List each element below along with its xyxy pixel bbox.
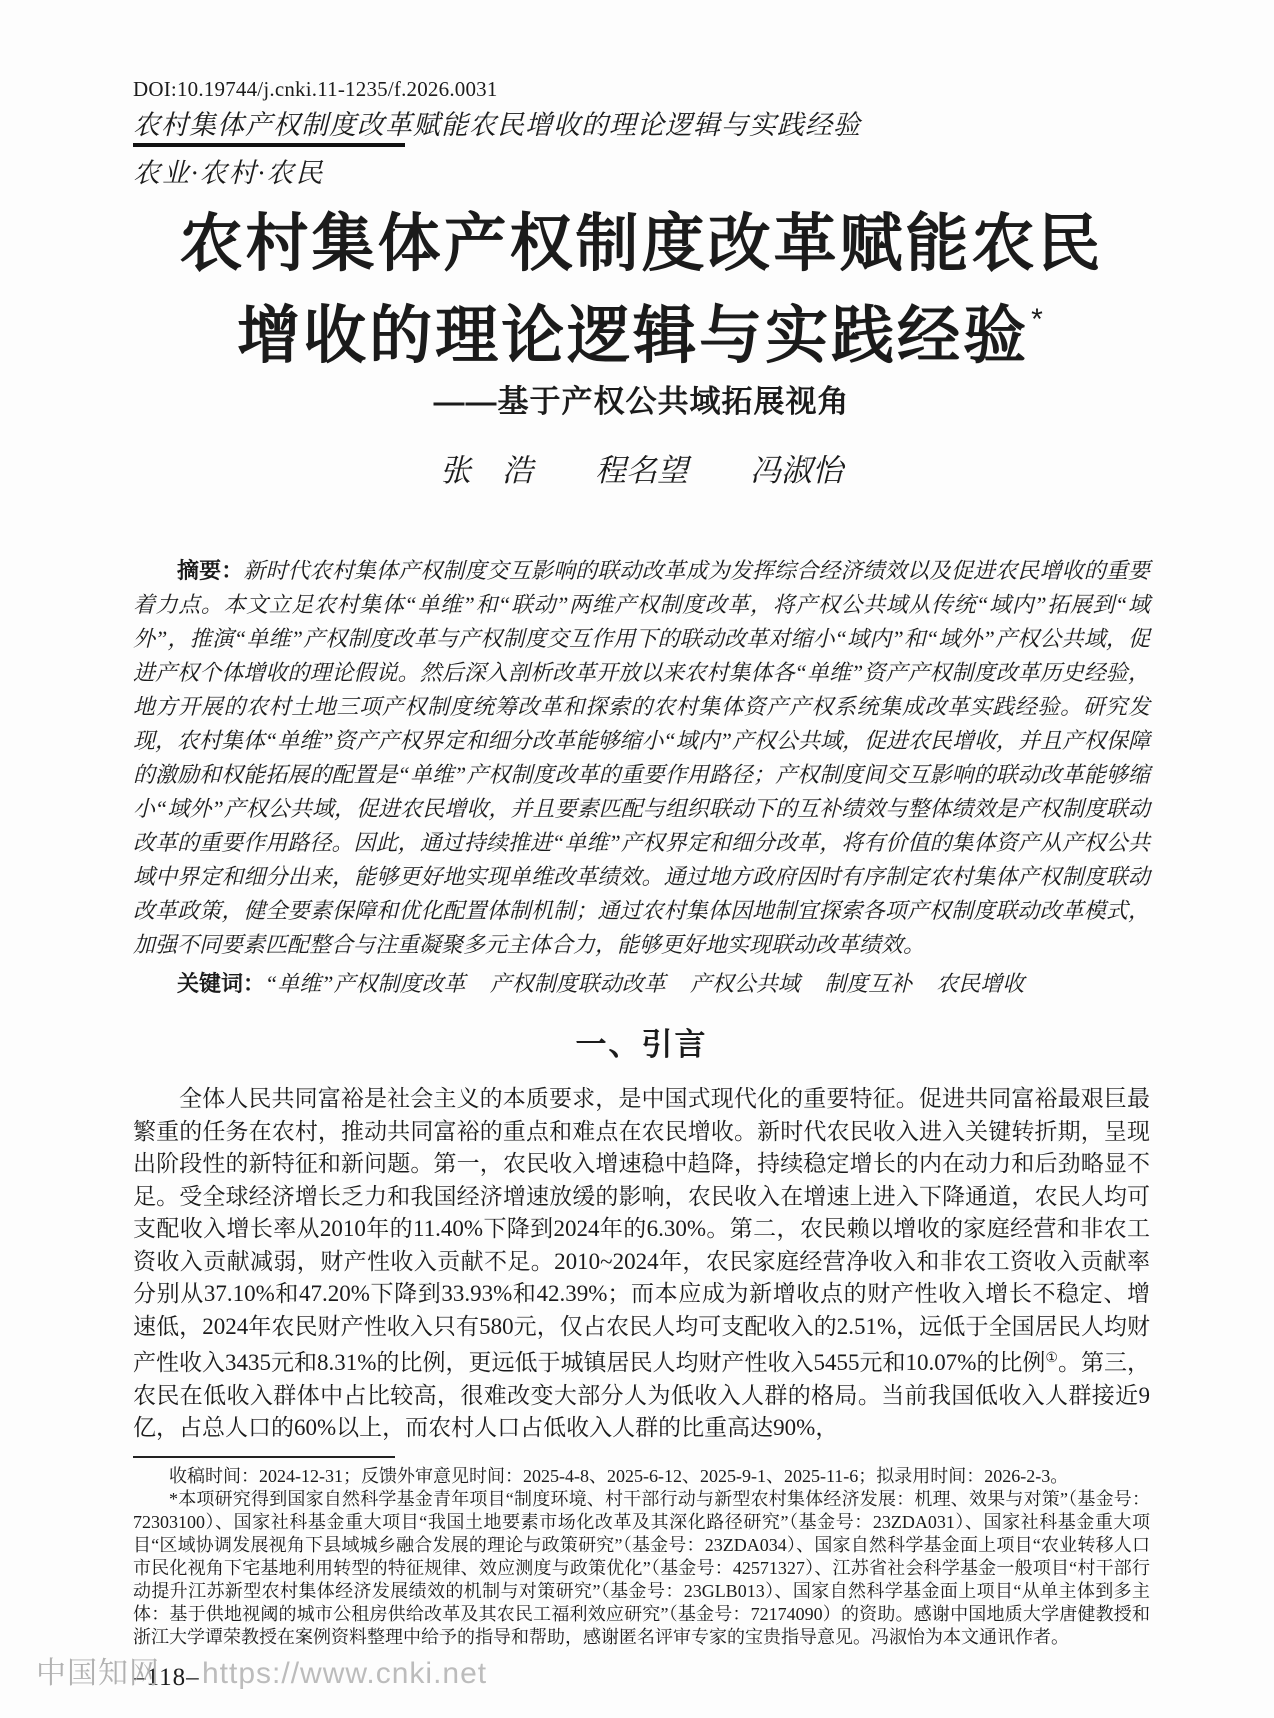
page-content: DOI:10.19744/j.cnki.11-1235/f.2026.0031 … xyxy=(133,76,1150,1692)
keyword-item: 产权制度联动改革 xyxy=(490,971,666,996)
body-paragraph: 全体人民共同富裕是社会主义的本质要求，是中国式现代化的重要特征。促进共同富裕最艰… xyxy=(133,1083,1150,1445)
footnote-dates: 收稿时间：2024-12-31；反馈外审意见时间：2025-4-8、2025-6… xyxy=(133,1465,1150,1488)
authors: 张 浩 程名望 冯淑怡 xyxy=(133,452,1150,490)
footnote-divider xyxy=(133,1456,395,1458)
abstract: 摘要：新时代农村集体产权制度交互影响的联动改革成为发挥综合经济绩效以及促进农民增… xyxy=(133,554,1150,962)
article-subtitle: ——基于产权公共域拓展视角 xyxy=(133,383,1150,421)
footnote-reference-1: ① xyxy=(1045,1351,1058,1366)
abstract-label: 摘要： xyxy=(177,558,243,583)
article-title-line1: 农村集体产权制度改革赋能农民 xyxy=(180,209,1104,279)
body-paragraph-text: 全体人民共同富裕是社会主义的本质要求，是中国式现代化的重要特征。促进共同富裕最艰… xyxy=(133,1086,1150,1375)
column-label: 农业·农村·农民 xyxy=(133,156,1150,190)
keyword-item: “单维”产权制度改革 xyxy=(265,971,465,996)
running-head-underline xyxy=(133,143,405,147)
running-head: 农村集体产权制度改革赋能农民增收的理论逻辑与实践经验 xyxy=(133,108,1150,142)
abstract-text: 新时代农村集体产权制度交互影响的联动改革成为发挥综合经济绩效以及促进农民增收的重… xyxy=(133,558,1150,957)
doi: DOI:10.19744/j.cnki.11-1235/f.2026.0031 xyxy=(133,76,1150,103)
cnki-site-url: https://www.cnki.net xyxy=(202,1657,487,1690)
title-footnote-asterisk: * xyxy=(1031,303,1046,336)
cnki-watermark: 中国知网https://www.cnki.net xyxy=(36,1648,487,1692)
keyword-item: 农民增收 xyxy=(936,971,1024,996)
keywords: 关键词：“单维”产权制度改革产权制度联动改革产权公共域制度互补农民增收 xyxy=(133,967,1150,1001)
paper-page: DOI:10.19744/j.cnki.11-1235/f.2026.0031 … xyxy=(0,0,1274,1718)
article-title: 农村集体产权制度改革赋能农民增收的理论逻辑与实践经验* xyxy=(133,206,1150,374)
keyword-item: 产权公共域 xyxy=(690,971,800,996)
article-title-line2: 增收的理论逻辑与实践经验 xyxy=(237,301,1029,371)
footnote-funding: *本项研究得到国家自然科学基金青年项目“制度环境、村干部行动与新型农村集体经济发… xyxy=(133,1488,1150,1649)
cnki-site-name: 中国知网 xyxy=(36,1657,160,1690)
section-heading-introduction: 一、引言 xyxy=(133,1025,1150,1065)
keyword-item: 制度互补 xyxy=(824,971,912,996)
keywords-label: 关键词： xyxy=(177,971,265,996)
footnotes: 收稿时间：2024-12-31；反馈外审意见时间：2025-4-8、2025-6… xyxy=(133,1465,1150,1649)
